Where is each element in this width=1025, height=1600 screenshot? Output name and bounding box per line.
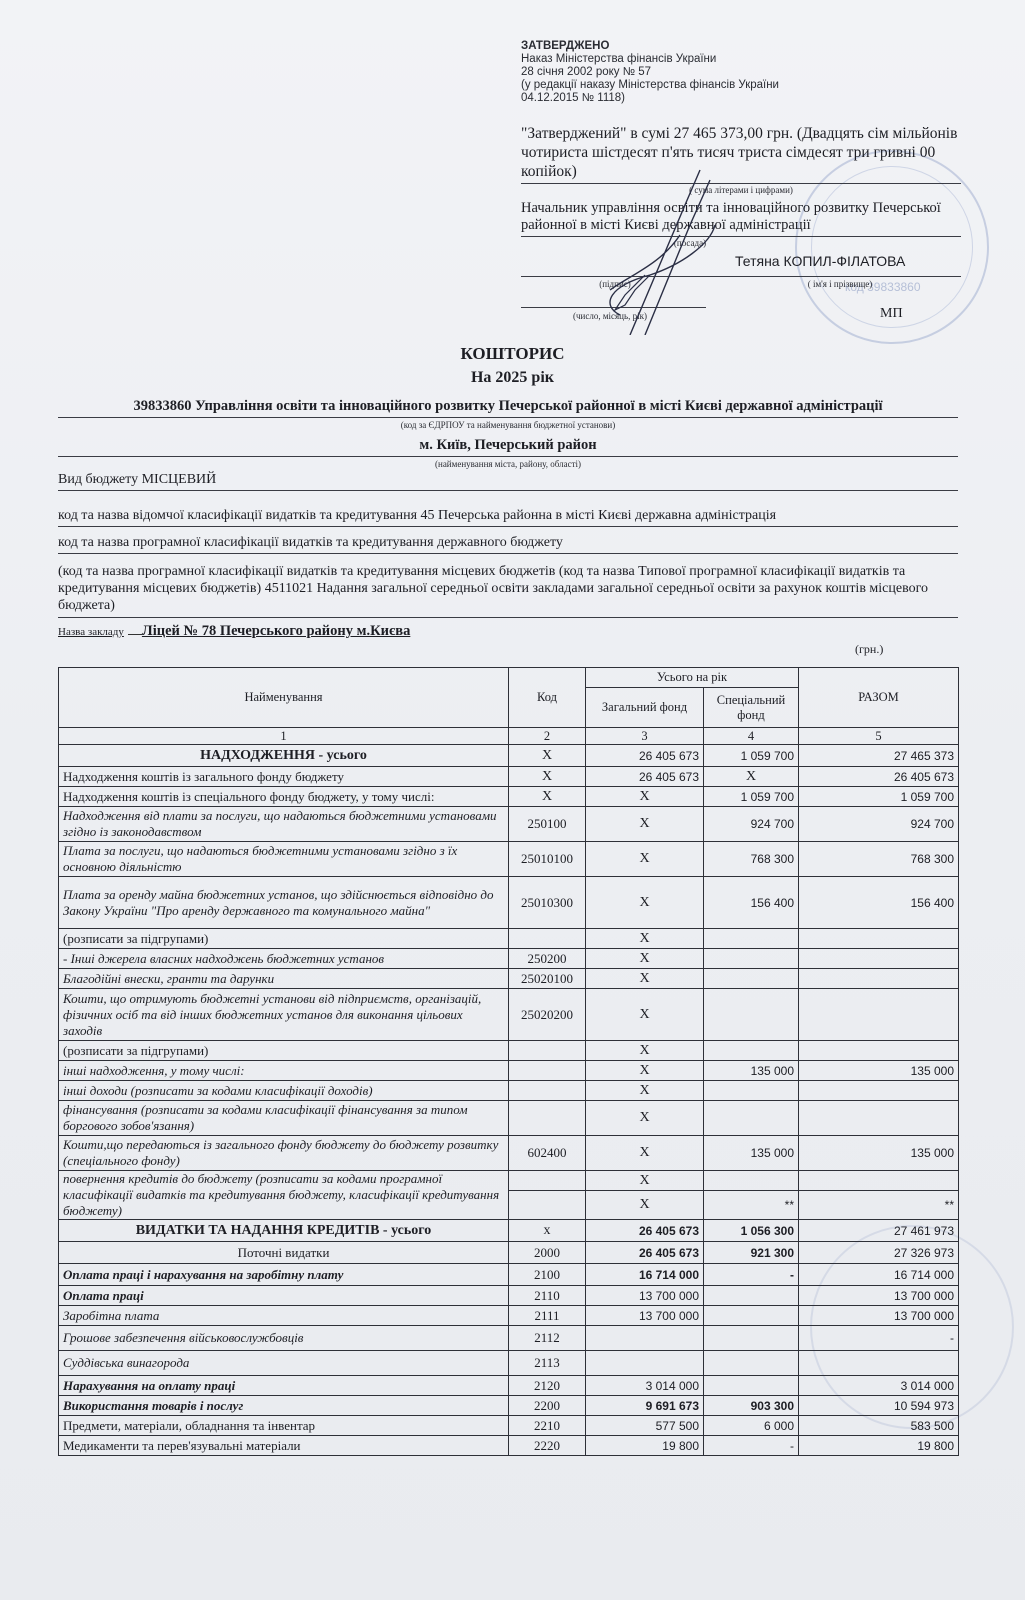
document-year: На 2025 рік <box>0 369 1025 387</box>
row-code: 2110 <box>509 1286 586 1306</box>
row-name: Оплата праці <box>59 1286 509 1306</box>
row-general: 9 691 673 <box>586 1396 704 1416</box>
table-row: НАДХОДЖЕННЯ - усьогоX26 405 6731 059 700… <box>59 745 959 767</box>
row-code: 250200 <box>509 949 586 969</box>
row-total: 156 400 <box>799 877 959 929</box>
row-name: Надходження коштів із загального фонду б… <box>59 767 509 787</box>
row-general: 13 700 000 <box>586 1286 704 1306</box>
row-total: 135 000 <box>799 1136 959 1171</box>
order-line: 04.12.2015 № 1118) <box>521 92 961 105</box>
approver-position: Начальник управління освіти та інновацій… <box>521 200 961 234</box>
table-row: Плата за оренду майна бюджетних установ,… <box>59 877 959 929</box>
row-name: Надходження коштів із спеціального фонду… <box>59 787 509 807</box>
row-name: Поточні видатки <box>59 1242 509 1264</box>
table-row: Медикаменти та перев'язувальні матеріали… <box>59 1436 959 1456</box>
row-name: Плата за оренду майна бюджетних установ,… <box>59 877 509 929</box>
divider <box>521 236 961 237</box>
row-code <box>509 1101 586 1136</box>
location-caption: (найменування міста, району, області) <box>58 459 958 469</box>
divider <box>58 553 958 554</box>
table-row: Використання товарів і послуг22009 691 6… <box>59 1396 959 1416</box>
table-row: Грошове забезпечення військовослужбовців… <box>59 1326 959 1351</box>
row-special: 156 400 <box>704 877 799 929</box>
row-total <box>799 1041 959 1061</box>
row-code: 25010300 <box>509 877 586 929</box>
row-general: 16 714 000 <box>586 1264 704 1286</box>
budget-type: Вид бюджету МІСЦЕВИЙ <box>58 472 958 488</box>
table-row: Заробітна плата211113 700 00013 700 000 <box>59 1306 959 1326</box>
row-general: 577 500 <box>586 1416 704 1436</box>
row-code: 602400 <box>509 1136 586 1171</box>
row-special <box>704 1376 799 1396</box>
table-row: Поточні видатки200026 405 673921 30027 3… <box>59 1242 959 1264</box>
row-total <box>799 989 959 1041</box>
row-total: ** <box>799 1191 959 1220</box>
row-name: Суддівська винагорода <box>59 1351 509 1376</box>
order-line: Наказ Міністерства фінансів України <box>521 53 961 66</box>
row-total: 10 594 973 <box>799 1396 959 1416</box>
row-code: 2113 <box>509 1351 586 1376</box>
row-total: 26 405 673 <box>799 767 959 787</box>
row-code: X <box>509 787 586 807</box>
row-name: - Інші джерела власних надходжень бюджет… <box>59 949 509 969</box>
row-code: 25020100 <box>509 969 586 989</box>
row-total: - <box>799 1326 959 1351</box>
row-general: 26 405 673 <box>586 1220 704 1242</box>
row-general: X <box>586 807 704 842</box>
row-name: фінансування (розписати за кодами класиф… <box>59 1101 509 1136</box>
row-name: інші надходження, у тому числі: <box>59 1061 509 1081</box>
row-special <box>704 1286 799 1306</box>
row-general: X <box>586 1136 704 1171</box>
divider <box>521 276 961 277</box>
institution-name: 39833860 Управління освіти та інноваційн… <box>58 398 958 415</box>
row-special <box>704 989 799 1041</box>
row-general: X <box>586 842 704 877</box>
row-general: X <box>586 787 704 807</box>
row-total <box>799 969 959 989</box>
row-name: Заробітна плата <box>59 1306 509 1326</box>
local-program-classification: (код та назва програмної класифікації ви… <box>58 563 958 614</box>
divider <box>58 617 958 618</box>
divider <box>521 183 961 184</box>
row-total: 583 500 <box>799 1416 959 1436</box>
row-special <box>704 1101 799 1136</box>
divider <box>58 526 958 527</box>
table-row: Надходження коштів із загального фонду б… <box>59 767 959 787</box>
row-name: Грошове забезпечення військовослужбовців <box>59 1326 509 1351</box>
table-row: Суддівська винагорода2113 <box>59 1351 959 1376</box>
row-name: Нарахування на оплату праці <box>59 1376 509 1396</box>
column-number: 3 <box>586 728 704 745</box>
row-code: 2220 <box>509 1436 586 1456</box>
row-general: X <box>586 1171 704 1191</box>
row-total <box>799 1171 959 1191</box>
row-special <box>704 1326 799 1351</box>
approval-block: ЗАТВЕРДЖЕНО Наказ Міністерства фінансів … <box>521 40 961 105</box>
row-total: 27 326 973 <box>799 1242 959 1264</box>
sum-caption: ( сума літерами і цифрами) <box>521 185 961 195</box>
approval-heading: ЗАТВЕРДЖЕНО <box>521 40 961 53</box>
column-number: 5 <box>799 728 959 745</box>
divider <box>58 490 958 491</box>
table-row: Кошти, що отримують бюджетні установи ві… <box>59 989 959 1041</box>
row-total <box>799 1081 959 1101</box>
row-name: Надходження від плати за послуги, що над… <box>59 807 509 842</box>
row-general: X <box>586 1191 704 1220</box>
row-total <box>799 1351 959 1376</box>
row-name: повернення кредитів до бюджету (розписат… <box>59 1171 509 1220</box>
row-total: 16 714 000 <box>799 1264 959 1286</box>
table-row: Плата за послуги, що надаються бюджетним… <box>59 842 959 877</box>
approved-sum-text: "Затверджений" в сумі 27 465 373,00 грн.… <box>521 124 961 181</box>
row-general: X <box>586 929 704 949</box>
table-row: Надходження коштів із спеціального фонду… <box>59 787 959 807</box>
row-general: X <box>586 1081 704 1101</box>
row-code: 2210 <box>509 1416 586 1436</box>
row-general: X <box>586 949 704 969</box>
row-code <box>509 929 586 949</box>
row-total: 1 059 700 <box>799 787 959 807</box>
departmental-classification: код та назва відомчої класифікації видат… <box>58 508 958 524</box>
row-code: 2000 <box>509 1242 586 1264</box>
row-special: 1 056 300 <box>704 1220 799 1242</box>
row-name: Використання товарів і послуг <box>59 1396 509 1416</box>
row-special: 135 000 <box>704 1136 799 1171</box>
row-code: 2112 <box>509 1326 586 1351</box>
row-general: 3 014 000 <box>586 1376 704 1396</box>
order-line: (у редакції наказу Міністерства фінансів… <box>521 79 961 92</box>
row-total: 13 700 000 <box>799 1286 959 1306</box>
row-code <box>509 1081 586 1101</box>
header-special-fund: Спеціальний фонд <box>704 688 799 728</box>
estimate-table: Найменування Код Усього на рік РАЗОМ Заг… <box>58 667 959 1456</box>
header-name: Найменування <box>59 668 509 728</box>
table-row: (розписати за підгрупами)X <box>59 929 959 949</box>
table-row: інші доходи (розписати за кодами класифі… <box>59 1081 959 1101</box>
table-row: Предмети, матеріали, обладнання та інвен… <box>59 1416 959 1436</box>
institution-caption: (код за ЄДРПОУ та найменування бюджетної… <box>58 420 958 430</box>
row-code <box>509 1041 586 1061</box>
row-special: - <box>704 1264 799 1286</box>
row-name: Плата за послуги, що надаються бюджетним… <box>59 842 509 877</box>
row-special <box>704 1081 799 1101</box>
row-general: 13 700 000 <box>586 1306 704 1326</box>
row-general: 26 405 673 <box>586 1242 704 1264</box>
row-special: 921 300 <box>704 1242 799 1264</box>
row-code: 25010100 <box>509 842 586 877</box>
location: м. Київ, Печерський район <box>58 437 958 454</box>
row-general <box>586 1351 704 1376</box>
table-row: Оплата праці і нарахування на заробітну … <box>59 1264 959 1286</box>
document-page: код 39833860 ЗАТВЕРДЖЕНО Наказ Міністерс… <box>0 0 1025 1600</box>
school-line: Назва закладу Ліцей № 78 Печерського рай… <box>58 622 958 640</box>
row-code: 2120 <box>509 1376 586 1396</box>
row-general: X <box>586 1061 704 1081</box>
row-code: X <box>509 745 586 767</box>
row-special: 1 059 700 <box>704 745 799 767</box>
row-total: 19 800 <box>799 1436 959 1456</box>
row-special: 1 059 700 <box>704 787 799 807</box>
school-label: Назва закладу <box>58 626 124 638</box>
document-title: КОШТОРИС <box>0 344 1025 364</box>
name-caption: ( ім'я і прізвище) <box>780 279 900 289</box>
divider <box>58 417 958 418</box>
row-total: 27 465 373 <box>799 745 959 767</box>
row-general: 26 405 673 <box>586 745 704 767</box>
row-special: 903 300 <box>704 1396 799 1416</box>
row-special <box>704 969 799 989</box>
school-name: Ліцей № 78 Печерського району м.Києва <box>142 623 410 639</box>
row-special: 135 000 <box>704 1061 799 1081</box>
table-row: Оплата праці211013 700 00013 700 000 <box>59 1286 959 1306</box>
table-row: повернення кредитів до бюджету (розписат… <box>59 1171 959 1191</box>
signer-name: Тетяна КОПИЛ-ФІЛАТОВА <box>735 253 905 269</box>
column-number: 2 <box>509 728 586 745</box>
row-special <box>704 929 799 949</box>
row-general: 19 800 <box>586 1436 704 1456</box>
table-row: Надходження від плати за послуги, що над… <box>59 807 959 842</box>
divider <box>58 456 958 457</box>
header-general-fund: Загальний фонд <box>586 688 704 728</box>
row-special <box>704 949 799 969</box>
order-line: 28 січня 2002 року № 57 <box>521 66 961 79</box>
row-general <box>586 1326 704 1351</box>
row-name: Кошти,що передаються із загального фонду… <box>59 1136 509 1171</box>
signature-icon <box>590 165 720 335</box>
row-name: ВИДАТКИ ТА НАДАННЯ КРЕДИТІВ - усього <box>59 1220 509 1242</box>
header-code: Код <box>509 668 586 728</box>
seal-label: МП <box>880 306 903 322</box>
row-code <box>509 1191 586 1220</box>
row-code <box>509 1171 586 1191</box>
table-row: - Інші джерела власних надходжень бюджет… <box>59 949 959 969</box>
row-total: 924 700 <box>799 807 959 842</box>
currency-note: (грн.) <box>855 642 883 657</box>
row-special <box>704 1041 799 1061</box>
column-number: 4 <box>704 728 799 745</box>
row-general: X <box>586 877 704 929</box>
row-total: 3 014 000 <box>799 1376 959 1396</box>
row-name: Медикаменти та перев'язувальні матеріали <box>59 1436 509 1456</box>
row-code: 2100 <box>509 1264 586 1286</box>
table-row: фінансування (розписати за кодами класиф… <box>59 1101 959 1136</box>
row-total <box>799 949 959 969</box>
row-name: Благодійні внески, гранти та дарунки <box>59 969 509 989</box>
table-row: Благодійні внески, гранти та дарунки2502… <box>59 969 959 989</box>
row-code: X <box>509 767 586 787</box>
row-special <box>704 1306 799 1326</box>
column-numbers-row: 1 2 3 4 5 <box>59 728 959 745</box>
table-row: Нарахування на оплату праці21203 014 000… <box>59 1376 959 1396</box>
row-special: 924 700 <box>704 807 799 842</box>
row-total: 13 700 000 <box>799 1306 959 1326</box>
row-special: 768 300 <box>704 842 799 877</box>
row-general: X <box>586 1041 704 1061</box>
row-special <box>704 1171 799 1191</box>
row-code: 2111 <box>509 1306 586 1326</box>
row-special: 6 000 <box>704 1416 799 1436</box>
table-row: ВИДАТКИ ТА НАДАННЯ КРЕДИТІВ - усьогоx26 … <box>59 1220 959 1242</box>
row-code: x <box>509 1220 586 1242</box>
table-row: інші надходження, у тому числі:X135 0001… <box>59 1061 959 1081</box>
table-row: (розписати за підгрупами)X <box>59 1041 959 1061</box>
row-total: 27 461 973 <box>799 1220 959 1242</box>
row-special: - <box>704 1436 799 1456</box>
row-name: Предмети, матеріали, обладнання та інвен… <box>59 1416 509 1436</box>
row-name: (розписати за підгрупами) <box>59 1041 509 1061</box>
row-code: 2200 <box>509 1396 586 1416</box>
row-total <box>799 929 959 949</box>
row-code: 25020200 <box>509 989 586 1041</box>
row-general: X <box>586 1101 704 1136</box>
header-total: РАЗОМ <box>799 668 959 728</box>
row-special <box>704 1351 799 1376</box>
row-name: Кошти, що отримують бюджетні установи ві… <box>59 989 509 1041</box>
row-special: ** <box>704 1191 799 1220</box>
row-name: НАДХОДЖЕННЯ - усього <box>59 745 509 767</box>
row-general: 26 405 673 <box>586 767 704 787</box>
row-total: 768 300 <box>799 842 959 877</box>
row-general: X <box>586 989 704 1041</box>
row-special: X <box>704 767 799 787</box>
header-year-total: Усього на рік <box>586 668 799 688</box>
column-number: 1 <box>59 728 509 745</box>
row-name: Оплата праці і нарахування на заробітну … <box>59 1264 509 1286</box>
row-name: інші доходи (розписати за кодами класифі… <box>59 1081 509 1101</box>
row-general: X <box>586 969 704 989</box>
table-row: Кошти,що передаються із загального фонду… <box>59 1136 959 1171</box>
row-code <box>509 1061 586 1081</box>
row-code: 250100 <box>509 807 586 842</box>
row-total: 135 000 <box>799 1061 959 1081</box>
state-program-classification: код та назва програмної класифікації вид… <box>58 535 958 551</box>
row-total <box>799 1101 959 1136</box>
row-name: (розписати за підгрупами) <box>59 929 509 949</box>
